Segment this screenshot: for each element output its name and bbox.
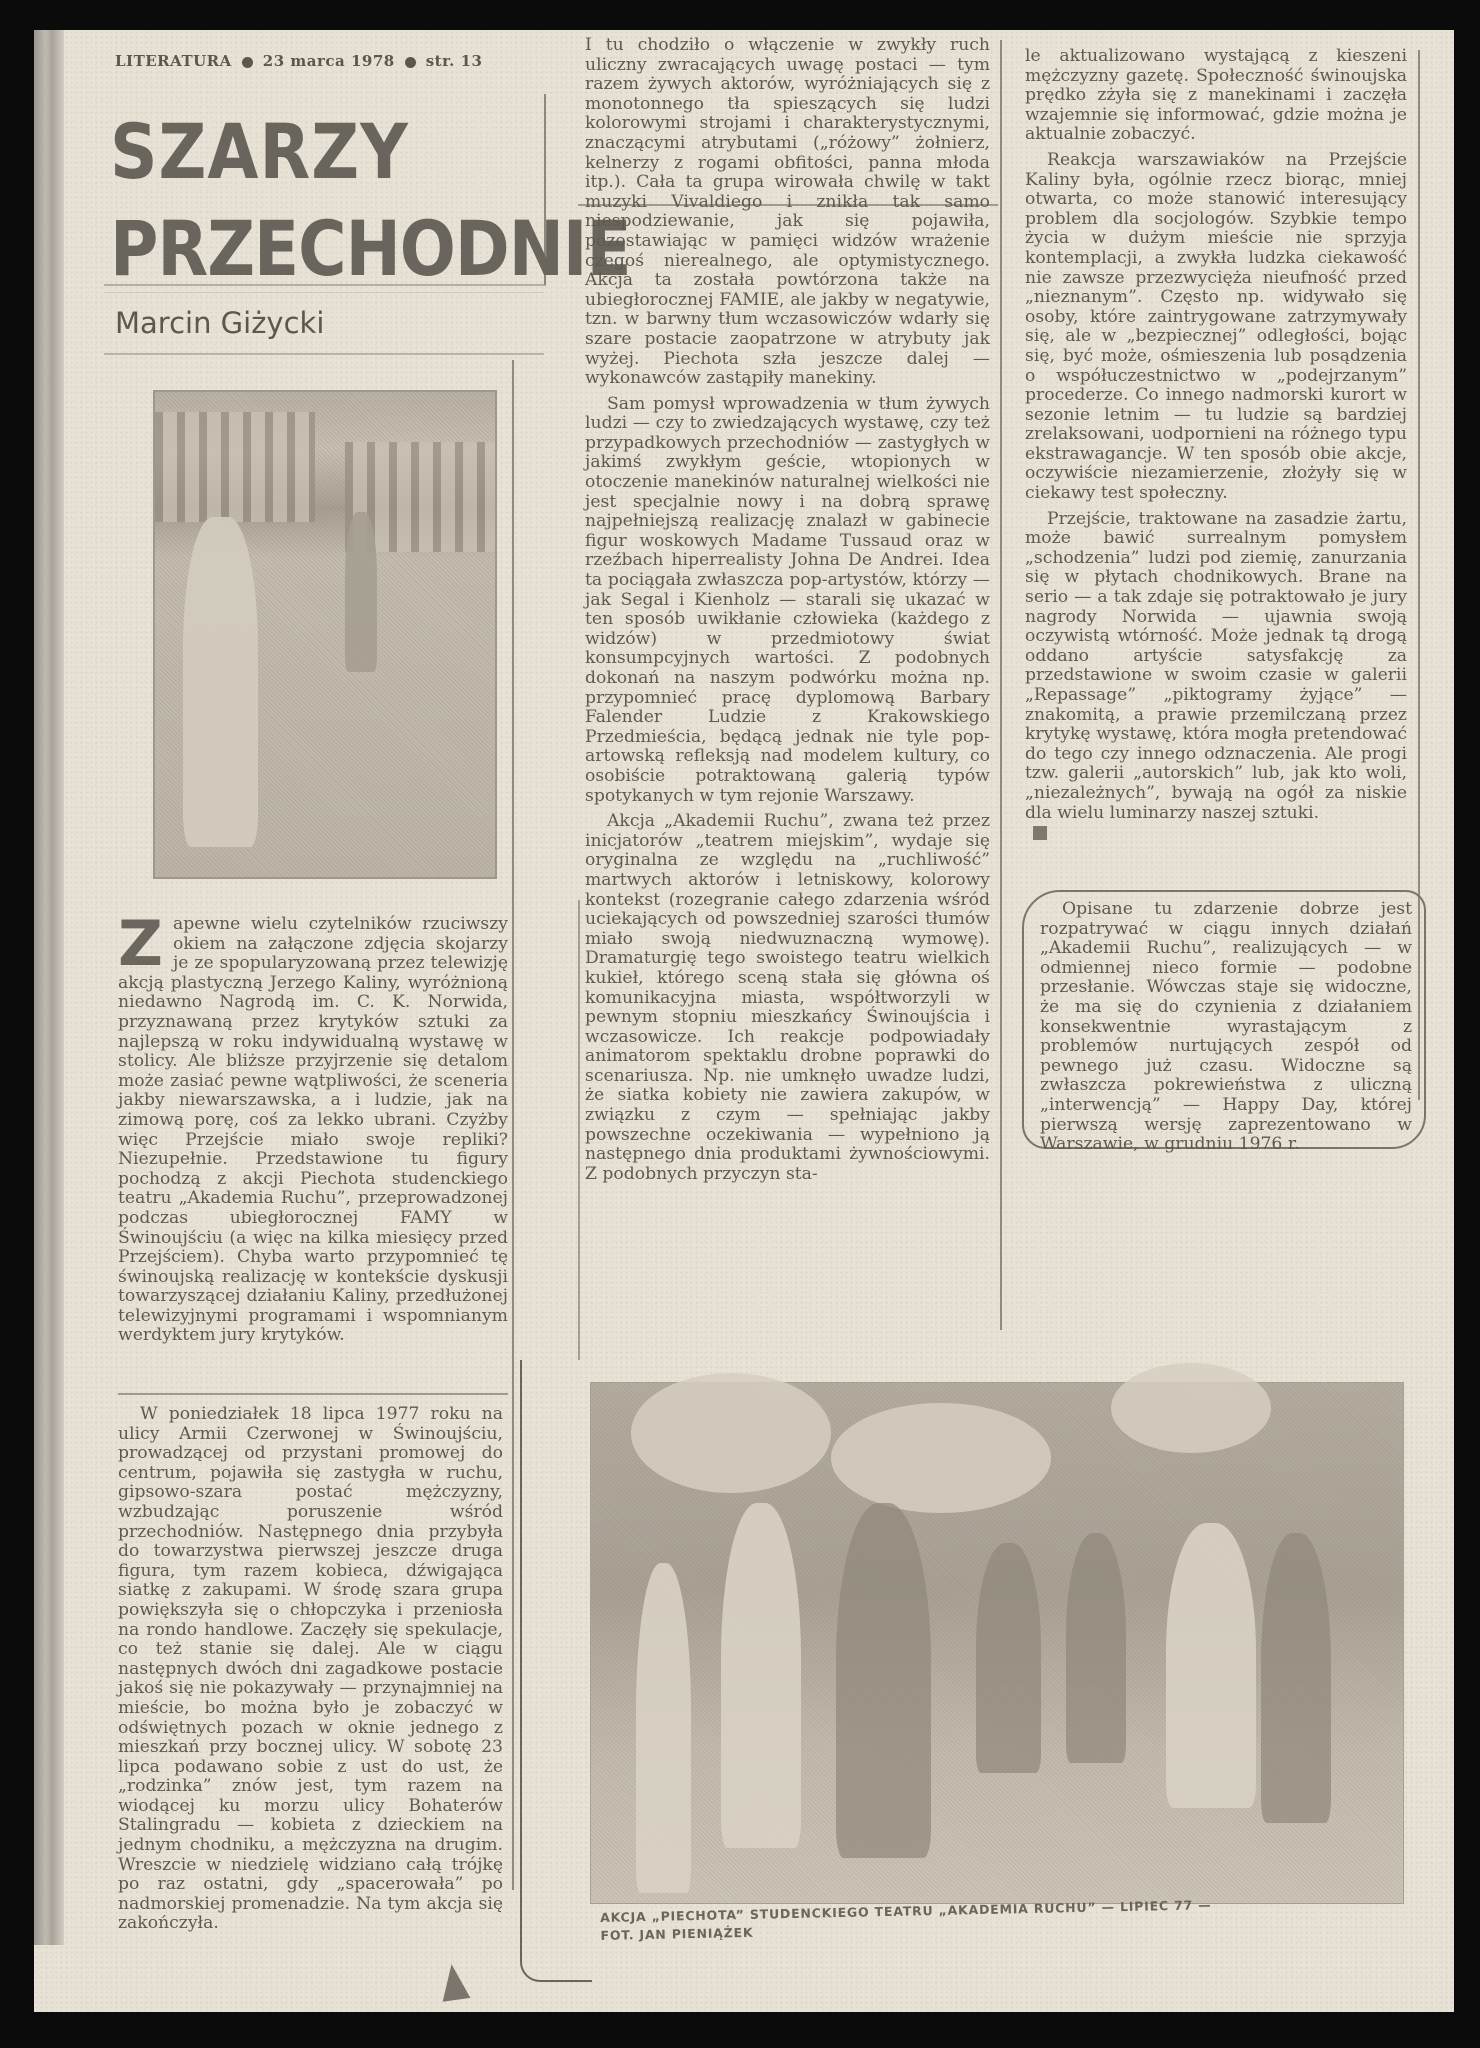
paragraph: apewne wielu czytelników rzuciwszy okiem… <box>118 915 508 1346</box>
tree-canopy <box>1111 1363 1271 1453</box>
issue-date: 23 marca 1978 <box>263 52 395 70</box>
article-title-line1: SZARZY <box>110 108 409 197</box>
paragraph: Sam pomysł wprowadzenia w tłum żywych lu… <box>585 395 990 806</box>
column-rule <box>1000 40 1002 1330</box>
passerby <box>1166 1523 1256 1808</box>
paragraph: Opisane tu zdarzenie dobrze jest rozpatr… <box>1040 900 1412 1155</box>
page-edge-shadow <box>34 30 64 1945</box>
column-rule <box>578 900 580 1360</box>
paragraph: Akcja „Akademii Ruchu”, zwana też przez … <box>585 812 990 1184</box>
paragraph: Reakcja warszawiaków na Przejście Kaliny… <box>1025 151 1407 504</box>
column-1-intro: Z apewne wielu czytelników rzuciwszy oki… <box>118 915 508 1346</box>
article-title-line2: PRZECHODNIE <box>110 205 631 294</box>
mannequin-man <box>836 1503 931 1858</box>
bullet-icon <box>405 57 416 68</box>
passerby-figure <box>345 512 377 672</box>
paragraph: W poniedziałek 18 lipca 1977 roku na uli… <box>118 1405 503 1934</box>
paragraph: Przejście, traktowane na zasadzie żartu,… <box>1025 510 1407 824</box>
bullet-icon <box>242 57 253 68</box>
paragraph: le aktualizowano wystającą z kieszeni mę… <box>1025 47 1407 145</box>
passerby <box>976 1543 1041 1773</box>
column-1-continued: W poniedziałek 18 lipca 1977 roku na uli… <box>118 1405 503 1934</box>
page-number: str. 13 <box>426 52 483 70</box>
passerby <box>1261 1533 1331 1823</box>
pen-mark-line <box>520 1360 592 1982</box>
article-author: Marcin Giżycki <box>115 306 324 340</box>
photo-mannequin-group <box>590 1382 1404 1904</box>
photo-mannequin-man <box>153 390 497 879</box>
drop-cap: Z <box>118 917 163 971</box>
column-2: I tu chodziło o włączenie w zwykły ruch … <box>585 36 990 1184</box>
masthead: LITERATURA23 marca 1978str. 13 <box>115 52 482 70</box>
tree-canopy <box>631 1373 831 1493</box>
column-rule <box>512 360 514 1890</box>
mannequin-woman <box>721 1503 801 1848</box>
tree-canopy <box>831 1403 1051 1513</box>
boxed-note: Opisane tu zdarzenie dobrze jest rozpatr… <box>1040 900 1412 1155</box>
arrow-mark-icon <box>438 1962 471 2002</box>
mannequin-figure <box>183 517 258 847</box>
publication-name: LITERATURA <box>115 52 232 70</box>
end-of-article-mark <box>1033 826 1047 840</box>
building-shape <box>155 412 315 522</box>
paragraph: I tu chodziło o włączenie w zwykły ruch … <box>585 36 990 389</box>
mannequin-child <box>636 1563 691 1893</box>
paragraph-rule <box>118 1393 508 1395</box>
passerby <box>1066 1533 1126 1763</box>
column-3: le aktualizowano wystającą z kieszeni mę… <box>1025 47 1407 843</box>
